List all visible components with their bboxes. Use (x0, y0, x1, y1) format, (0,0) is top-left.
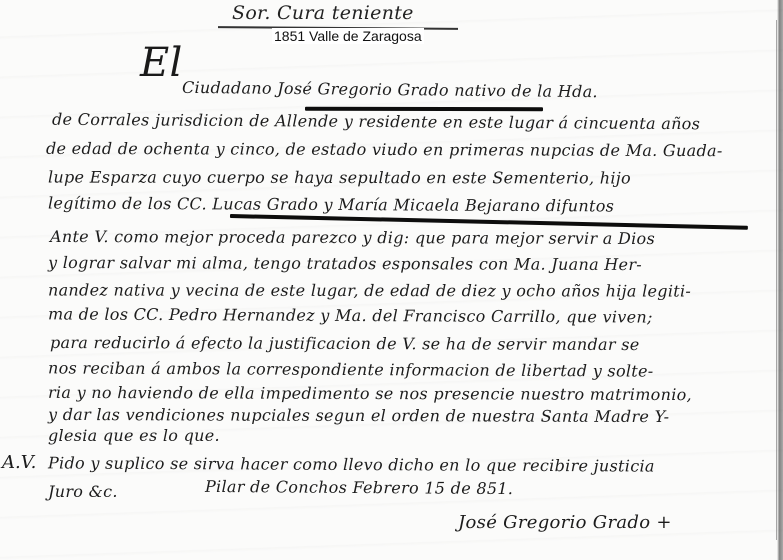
signature: José Gregorio Grado + (458, 512, 672, 533)
body-line-12: ria y no haviendo de ella impedimento se… (48, 383, 692, 404)
body-line-8: nandez nativa y vecina de este lugar, de… (48, 280, 691, 300)
body-line-11: nos reciban á ambos la correspondiente i… (48, 358, 654, 380)
body-line-14: glesia que es lo que. (48, 426, 220, 445)
opening-initial: El (140, 40, 183, 86)
body-line-9: ma de los CC. Pedro Hernandez y Ma. del … (48, 304, 653, 326)
body-line-6: Ante V. como mejor proceda parezco y dig… (50, 227, 655, 248)
body-line-5: legítimo de los CC. Lucas Grado y María … (48, 194, 614, 216)
body-line-1: Ciudadano José Gregorio Grado nativo de … (182, 78, 598, 101)
closing-request: Pido y suplico se sirva hacer como llevo… (48, 453, 655, 475)
body-line-3: de edad de ochenta y cinco, de estado vi… (46, 139, 723, 160)
body-line-7: y lograr salvar mi alma, tengo tratados … (48, 253, 642, 274)
body-line-2: de Corrales jurisdicion de Allende y res… (52, 110, 700, 134)
document-page: Sor. Cura teniente 1851 Valle de Zaragos… (0, 0, 783, 560)
document-heading: Sor. Cura teniente (232, 2, 414, 24)
document-label: 1851 Valle de Zaragosa (272, 28, 424, 44)
page-edge-line (776, 20, 777, 540)
place-and-date: Pilar de Conchos Febrero 15 de 851. (205, 477, 513, 498)
closing-oath: Juro &c. (48, 482, 118, 501)
margin-abbreviation: A.V. (2, 452, 36, 473)
name-underline (305, 107, 543, 111)
body-line-13: y dar las vendiciones nupciales segun el… (48, 405, 669, 426)
body-line-4: lupe Esparza cuyo cuerpo se haya sepulta… (48, 167, 631, 187)
body-line-10: para reducirlo á efecto la justificacion… (50, 333, 640, 354)
page-edge-shadow (777, 0, 783, 560)
